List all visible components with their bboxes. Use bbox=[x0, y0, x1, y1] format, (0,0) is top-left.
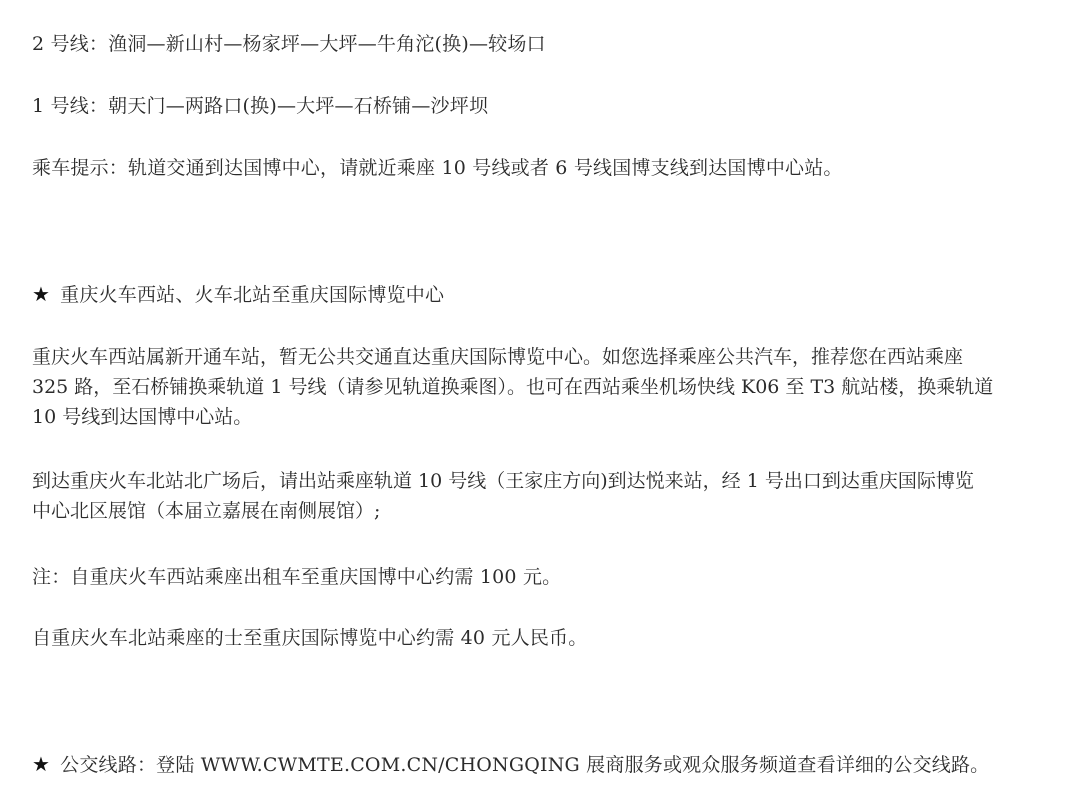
star-icon: ★ bbox=[32, 752, 50, 776]
heading-text: 重庆火车西站、火车北站至重庆国际博览中心 bbox=[60, 284, 444, 306]
west-station-paragraph: 重庆火车西站属新开通车站，暂无公共交通直达重庆国际博览中心。如您选择乘座公共汽车… bbox=[32, 342, 1062, 432]
taxi-note-north: 自重庆火车北站乘座的士至重庆国际博览中心约需 40 元人民币。 bbox=[32, 628, 587, 648]
star-icon: ★ bbox=[32, 282, 50, 306]
taxi-note-west: 注：自重庆火车西站乘座出租车至重庆国博中心约需 100 元。 bbox=[32, 567, 561, 587]
metro-line-1: 1 号线：朝天门—两路口(换)—大坪—石桥铺—沙坪坝 bbox=[32, 96, 488, 116]
metro-line-2: 2 号线：渔洞—新山村—杨家坪—大坪—牛角沱(换)—较场口 bbox=[32, 34, 546, 54]
paragraph-line: 重庆火车西站属新开通车站，暂无公共交通直达重庆国际博览中心。如您选择乘座公共汽车… bbox=[32, 342, 1062, 372]
bus-routes-text: 公交线路：登陆 WWW.CWMTE.COM.CN/CHONGQING 展商服务或… bbox=[60, 754, 989, 776]
paragraph-line: 中心北区展馆（本届立嘉展在南侧展馆）; bbox=[32, 496, 1062, 526]
north-station-paragraph: 到达重庆火车北站北广场后，请出站乘座轨道 10 号线（王家庄方向)到达悦来站，经… bbox=[32, 466, 1062, 526]
paragraph-line: 325 路，至石桥铺换乘轨道 1 号线（请参见轨道换乘图）。也可在西站乘坐机场快… bbox=[32, 372, 1062, 402]
paragraph-line: 10 号线到达国博中心站。 bbox=[32, 402, 1062, 432]
bus-routes-info: ★公交线路：登陆 WWW.CWMTE.COM.CN/CHONGQING 展商服务… bbox=[32, 754, 989, 775]
ride-tip: 乘车提示：轨道交通到达国博中心，请就近乘座 10 号线或者 6 号线国博支线到达… bbox=[32, 158, 843, 178]
section-heading-west-north: ★重庆火车西站、火车北站至重庆国际博览中心 bbox=[32, 284, 444, 305]
paragraph-line: 到达重庆火车北站北广场后，请出站乘座轨道 10 号线（王家庄方向)到达悦来站，经… bbox=[32, 466, 1062, 496]
